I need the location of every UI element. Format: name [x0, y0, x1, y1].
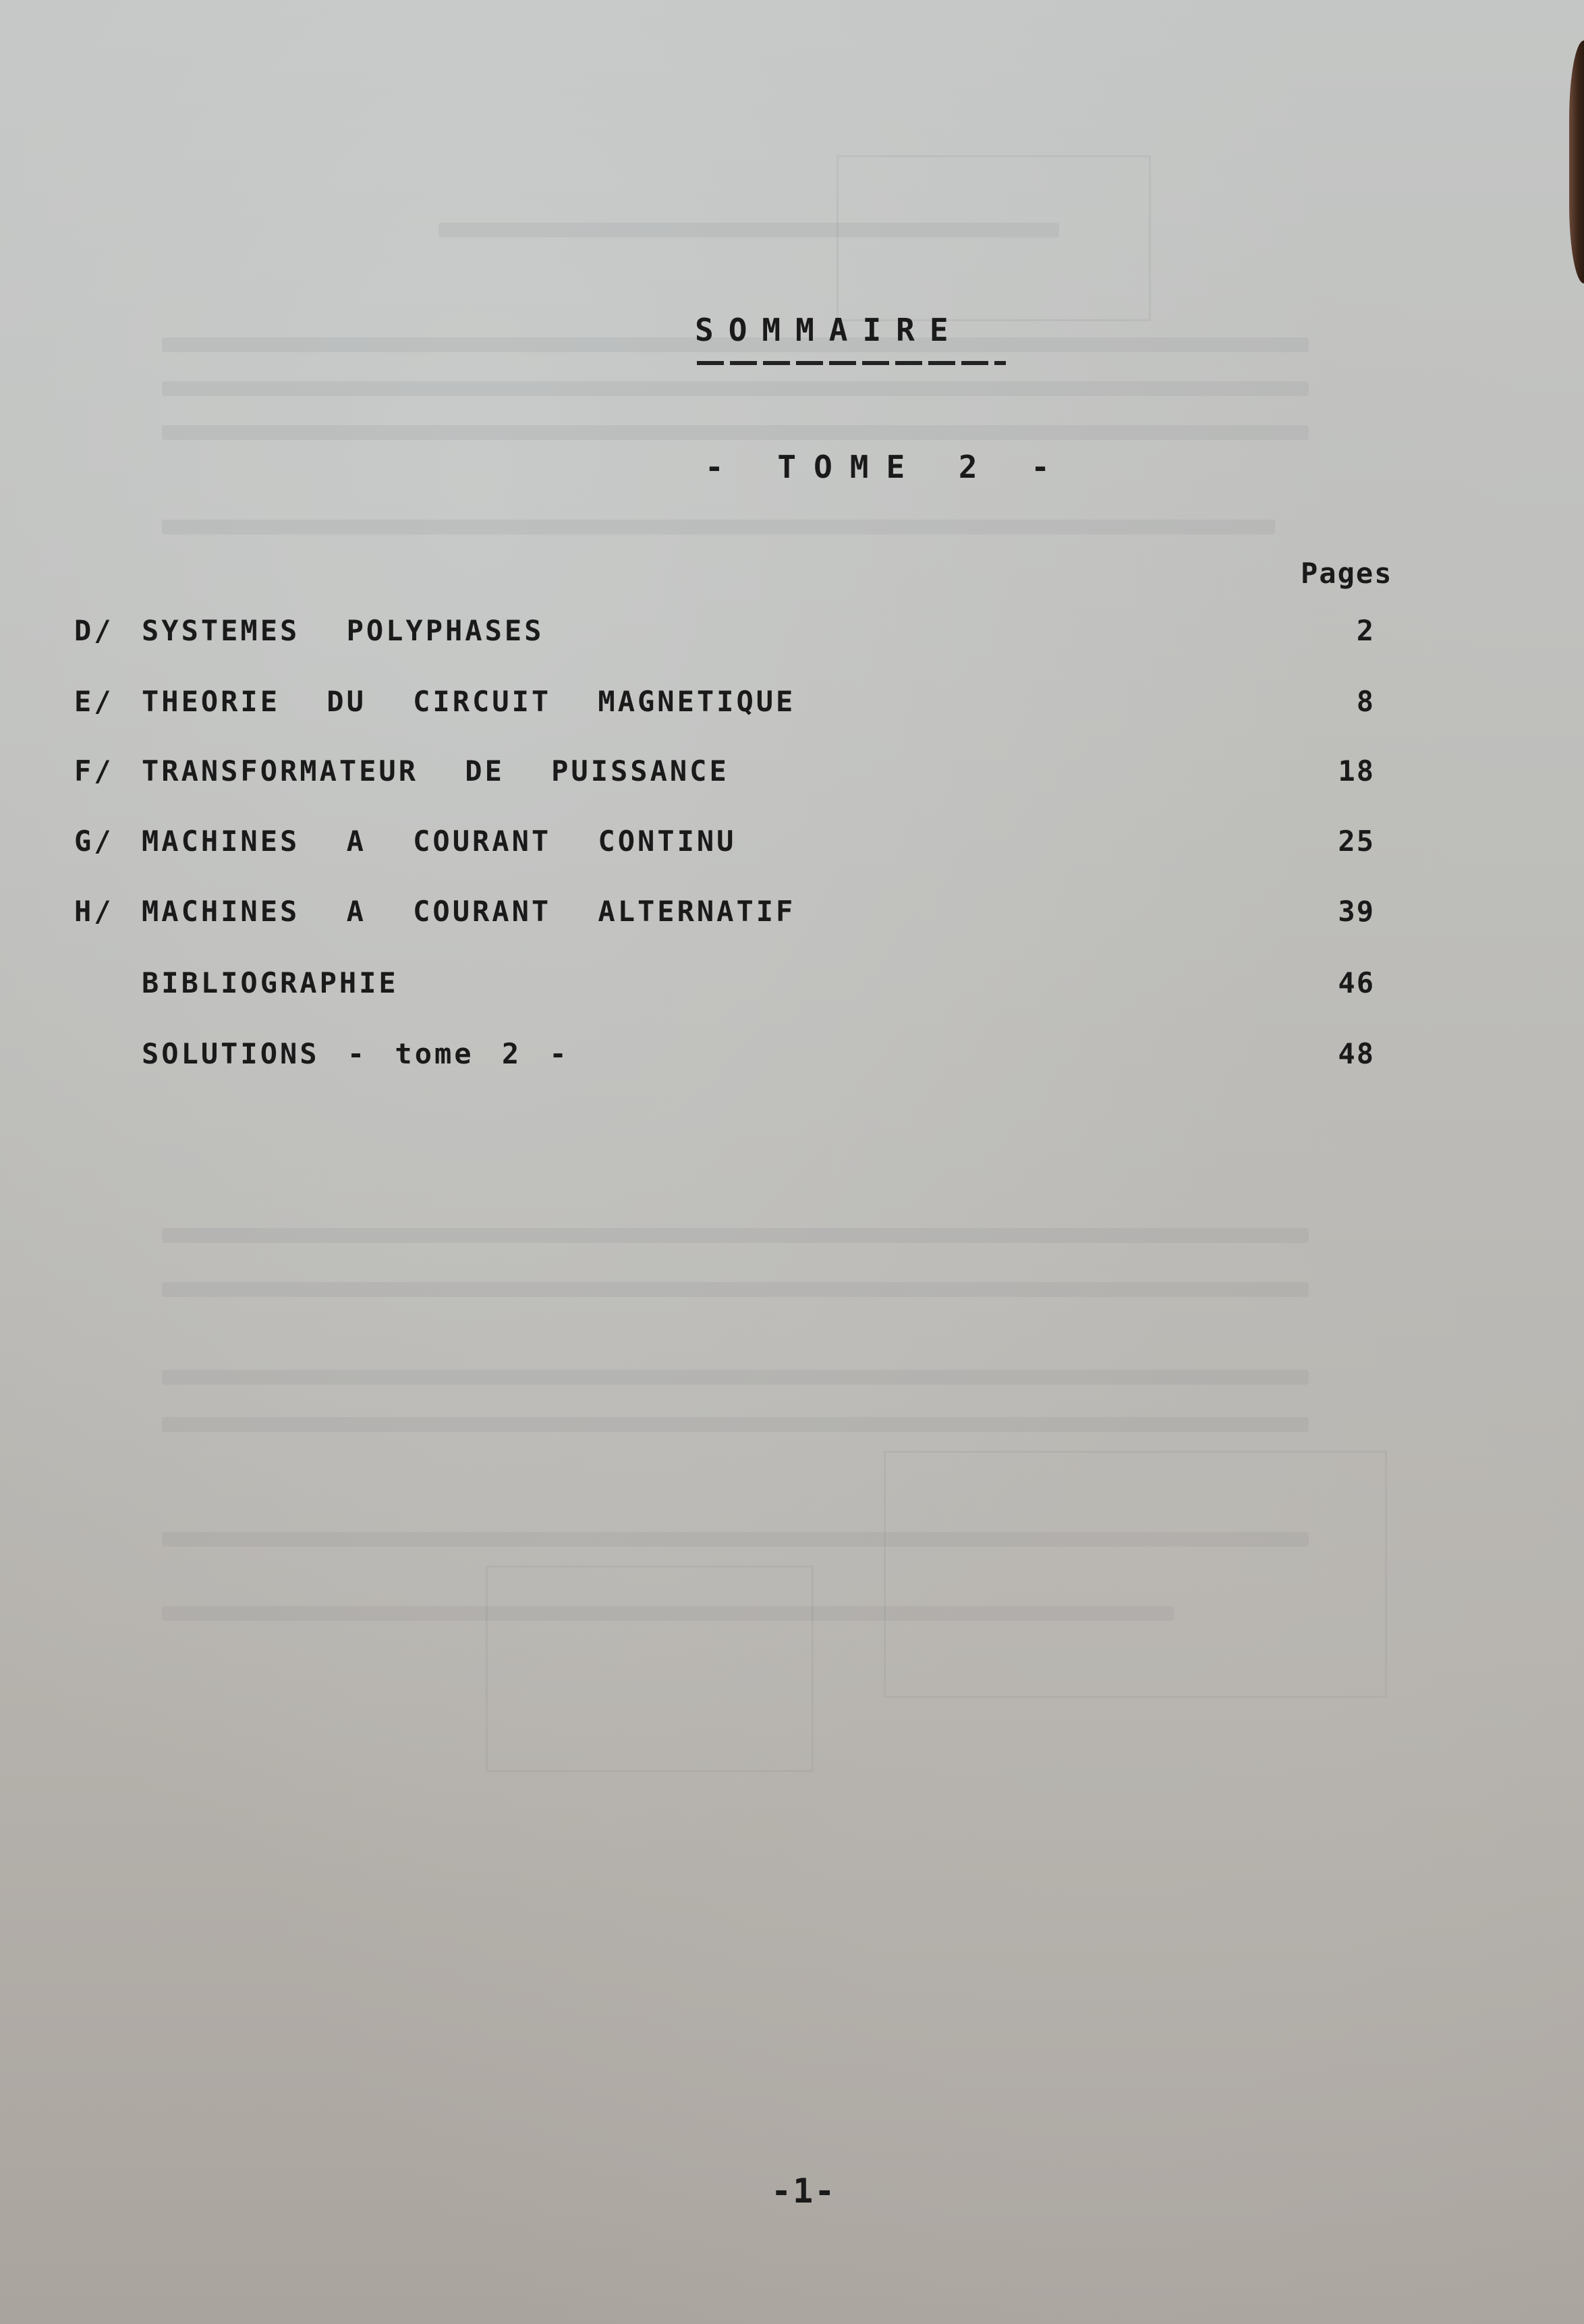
- page-number: -1-: [771, 2171, 836, 2211]
- section-letter: H/: [74, 895, 114, 928]
- section-title: MACHINES A COURANT ALTERNATIF: [142, 895, 795, 928]
- toc-entry-bibliographie: BIBLIOGRAPHIE 46: [0, 966, 1584, 1014]
- section-page: 8: [1294, 685, 1375, 718]
- section-page: 46: [1294, 966, 1375, 999]
- section-letter: G/: [74, 825, 114, 858]
- section-page: 48: [1294, 1037, 1375, 1070]
- bleed-through-text: [162, 1417, 1309, 1432]
- bleed-through-text: [162, 1228, 1309, 1243]
- bleed-through-diagram: [837, 155, 1151, 321]
- volume-subtitle: - TOME 2 -: [705, 449, 1067, 485]
- bleed-through-text: [162, 1606, 1174, 1621]
- section-page: 18: [1294, 754, 1375, 787]
- section-title: BIBLIOGRAPHIE: [142, 966, 399, 999]
- section-page: 39: [1294, 895, 1375, 928]
- bleed-through-text: [162, 1532, 1309, 1547]
- paper-sheet: [0, 0, 1584, 2324]
- section-page: 2: [1294, 614, 1375, 647]
- toc-entry-h: H/ MACHINES A COURANT ALTERNATIF 39: [0, 895, 1584, 942]
- toc-entry-e: E/ THEORIE DU CIRCUIT MAGNETIQUE 8: [0, 685, 1584, 732]
- section-title: TRANSFORMATEUR DE PUISSANCE: [142, 754, 729, 787]
- toc-title: SOMMAIRE: [695, 312, 963, 348]
- section-title: SOLUTIONS - tome 2 -: [142, 1037, 569, 1070]
- toc-entry-solutions: SOLUTIONS - tome 2 - 48: [0, 1037, 1584, 1084]
- toc-entry-d: D/ SYSTEMES POLYPHASES 2: [0, 614, 1584, 661]
- bleed-through-text: [162, 425, 1309, 440]
- section-title: MACHINES A COURANT CONTINU: [142, 825, 736, 858]
- bleed-through-text: [162, 1282, 1309, 1297]
- section-title: THEORIE DU CIRCUIT MAGNETIQUE: [142, 685, 795, 718]
- section-letter: D/: [74, 614, 114, 647]
- toc-entry-f: F/ TRANSFORMATEUR DE PUISSANCE 18: [0, 754, 1584, 802]
- bleed-through-diagram: [884, 1451, 1387, 1698]
- section-page: 25: [1294, 825, 1375, 858]
- section-letter: F/: [74, 754, 114, 787]
- bleed-through-text: [162, 1370, 1309, 1385]
- section-letter: E/: [74, 685, 114, 718]
- bleed-through-diagram: [486, 1566, 814, 1772]
- bleed-through-text: [162, 381, 1309, 396]
- bleed-through-text: [439, 223, 1059, 238]
- section-title: SYSTEMES POLYPHASES: [142, 614, 544, 647]
- title-underline: [697, 361, 1006, 365]
- desk-background: [1569, 40, 1584, 283]
- bleed-through-text: [162, 520, 1275, 534]
- pages-column-header: Pages: [1301, 557, 1392, 590]
- toc-entry-g: G/ MACHINES A COURANT CONTINU 25: [0, 825, 1584, 872]
